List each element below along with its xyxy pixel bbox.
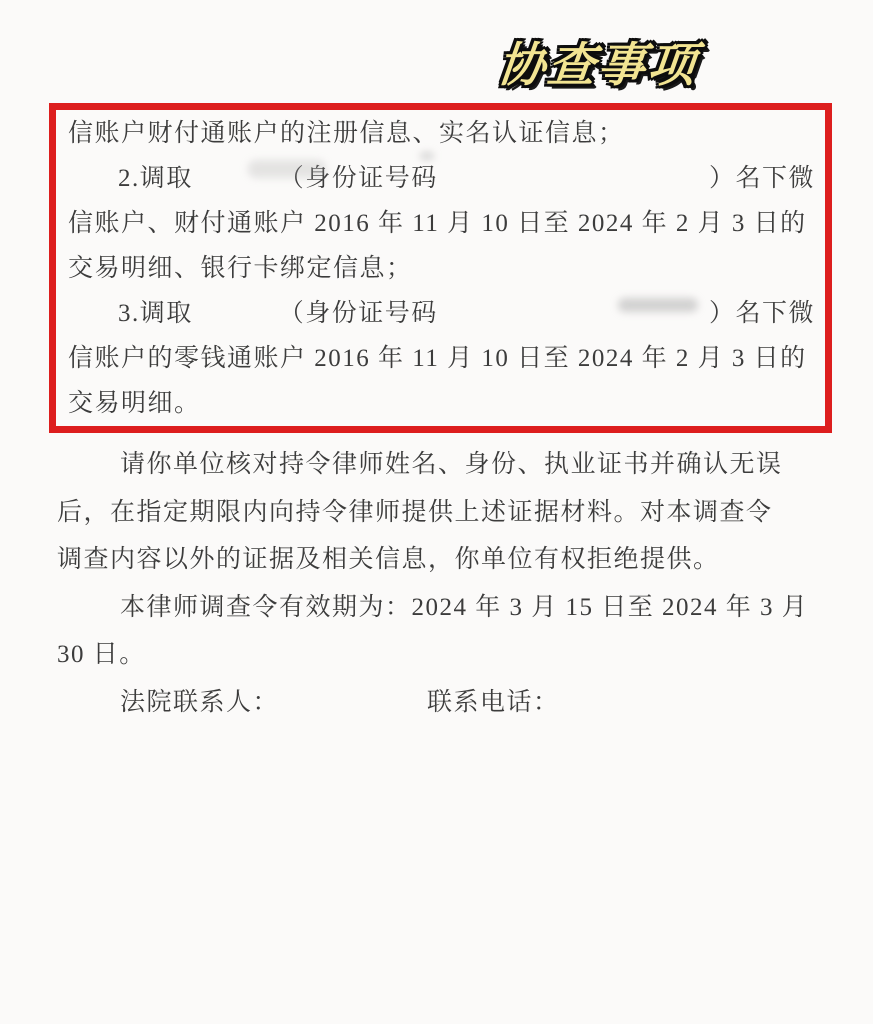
red-annotation-box: 信账户财付通账户的注册信息、实名认证信息； 2.调取 （身份证号码 ）名下微 信… xyxy=(49,103,832,433)
contact-phone-label: 联系电话： xyxy=(427,679,560,727)
clause2-header: 2.调取 （身份证号码 ）名下微 xyxy=(68,156,815,201)
clause2-line2: 信账户、财付通账户 2016 年 11 月 10 日至 2024 年 2 月 3… xyxy=(68,201,815,246)
contact-line: 法院联系人： 联系电话： xyxy=(57,679,817,727)
clause2-close: ）名下微 xyxy=(709,156,815,201)
redaction-blur-id-2 xyxy=(420,152,434,160)
clause3-id-label: （身份证号码 xyxy=(279,291,438,336)
clause2-number: 2.调取 xyxy=(118,156,193,201)
clause3-line2: 信账户的零钱通账户 2016 年 11 月 10 日至 2024 年 2 月 3… xyxy=(68,336,815,381)
clause3-number: 3.调取 xyxy=(118,291,193,336)
validity-period-line1: 本律师调查令有效期为：2024 年 3 月 15 日至 2024 年 3 月 xyxy=(57,584,817,632)
document-body: 请你单位核对持令律师姓名、身份、执业证书并确认无误 后，在指定期限内向持令律师提… xyxy=(57,441,817,726)
verify-paragraph-line3: 调查内容以外的证据及相关信息，你单位有权拒绝提供。 xyxy=(57,536,817,584)
highlighted-clauses: 信账户财付通账户的注册信息、实名认证信息； 2.调取 （身份证号码 ）名下微 信… xyxy=(68,111,815,426)
clause1-continuation: 信账户财付通账户的注册信息、实名认证信息； xyxy=(68,111,815,156)
verify-paragraph-line1: 请你单位核对持令律师姓名、身份、执业证书并确认无误 xyxy=(57,441,817,489)
verify-paragraph-line2: 后，在指定期限内向持令律师提供上述证据材料。对本调查令 xyxy=(57,489,817,537)
court-contact-label: 法院联系人： xyxy=(120,679,279,727)
clause3-line3: 交易明细。 xyxy=(68,381,815,426)
validity-period-line2: 30 日。 xyxy=(57,631,817,679)
document-photo: { "page": { "headline": "协查事项", "colors"… xyxy=(0,0,873,1024)
clause2-line3: 交易明细、银行卡绑定信息； xyxy=(68,246,815,291)
redaction-blur-id-3 xyxy=(618,298,698,312)
headline-assist-investigation-items: 协查事项 xyxy=(495,34,752,98)
clause3-header: 3.调取 （身份证号码 ）名下微 xyxy=(68,291,815,336)
redaction-blur-name-2 xyxy=(248,160,326,178)
clause3-close: ）名下微 xyxy=(709,291,815,336)
